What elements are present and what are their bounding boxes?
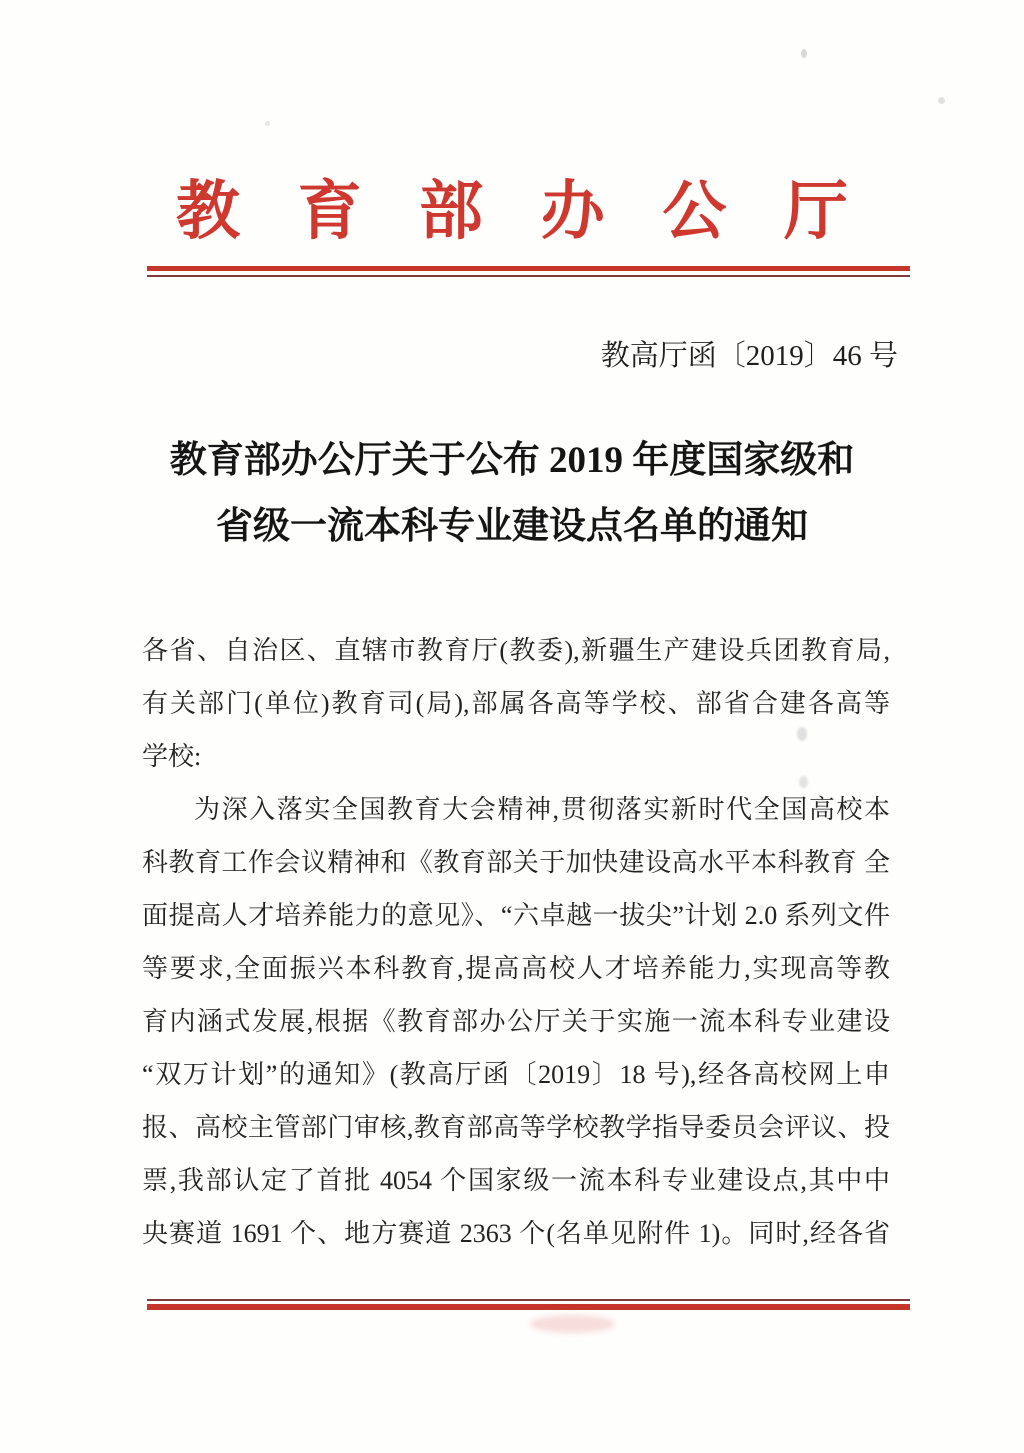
body-line: 等要求,全面振兴本科教育,提高高校人才培养能力,实现高等教: [142, 942, 890, 995]
document-body: 各省、自治区、直辖市教育厅(教委),新疆生产建设兵团教育局, 有关部门(单位)教…: [142, 624, 890, 1260]
footer-rule-thick: [147, 1304, 910, 1310]
body-line: 面提高人才培养能力的意见》、“六卓越一拔尖”计划 2.0 系列文件: [142, 889, 890, 942]
footer-rule-thin: [147, 1299, 910, 1301]
scan-artifact: [799, 776, 808, 788]
document-title: 教育部办公厅关于公布 2019 年度国家级和 省级一流本科专业建设点名单的通知: [0, 428, 1024, 560]
letterhead-rule-thin: [147, 275, 910, 277]
body-line: 学校:: [142, 730, 890, 783]
body-line: 为深入落实全国教育大会精神,贯彻落实新时代全国高校本: [142, 783, 890, 836]
document-page: 教育部办公厅 教高厅函〔2019〕46 号 教育部办公厅关于公布 2019 年度…: [0, 0, 1024, 1453]
scan-artifact: [265, 121, 270, 126]
document-number: 教高厅函〔2019〕46 号: [601, 333, 898, 374]
scan-artifact: [758, 905, 764, 911]
scan-artifact-pink-smudge: [530, 1315, 615, 1333]
scan-artifact: [938, 97, 945, 104]
document-title-line-1: 教育部办公厅关于公布 2019 年度国家级和: [0, 428, 1024, 494]
body-line: 票,我部认定了首批 4054 个国家级一流本科专业建设点,其中中: [142, 1154, 890, 1207]
body-line: 央赛道 1691 个、地方赛道 2363 个(名单见附件 1)。同时,经各省: [142, 1207, 890, 1260]
body-line: “双万计划”的通知》(教高厅函〔2019〕18 号),经各高校网上申: [142, 1048, 890, 1101]
scan-artifact: [797, 727, 807, 741]
body-line: 育内涵式发展,根据《教育部办公厅关于实施一流本科专业建设: [142, 995, 890, 1048]
letterhead-agency-title: 教育部办公厅: [0, 160, 1024, 252]
body-line: 科教育工作会议精神和《教育部关于加快建设高水平本科教育 全: [142, 836, 890, 889]
scan-artifact: [801, 49, 807, 58]
body-line: 各省、自治区、直辖市教育厅(教委),新疆生产建设兵团教育局,: [142, 624, 890, 677]
body-line: 报、高校主管部门审核,教育部高等学校教学指导委员会评议、投: [142, 1101, 890, 1154]
document-title-line-2: 省级一流本科专业建设点名单的通知: [0, 494, 1024, 560]
letterhead-rule-thick: [147, 266, 910, 271]
body-line: 有关部门(单位)教育司(局),部属各高等学校、部省合建各高等: [142, 677, 890, 730]
